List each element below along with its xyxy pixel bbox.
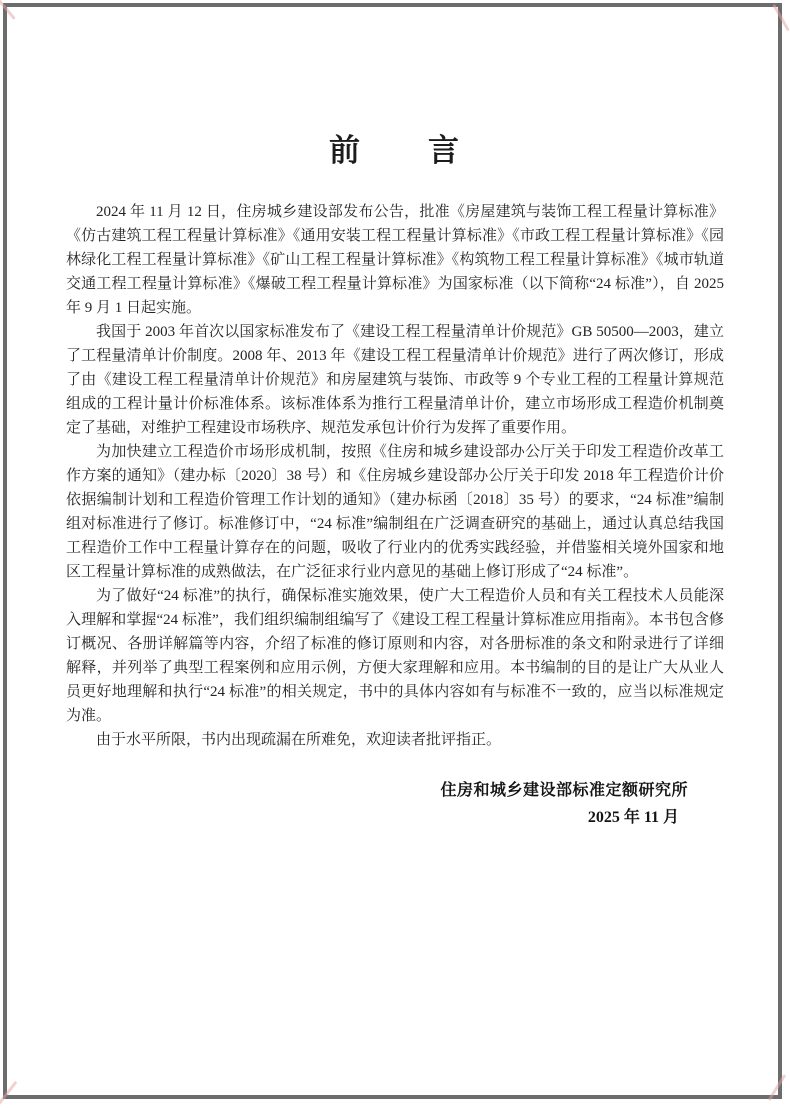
page-title: 前 言 [0, 134, 790, 168]
scanned-book-page: 前 言 2024 年 11 月 12 日，住房城乡建设部发布公告，批准《房屋建筑… [0, 0, 790, 1108]
signature-date: 2025 年 11 月 [588, 806, 679, 830]
preface-paragraph-2: 我国于 2003 年首次以国家标准发布了《建设工程工程量清单计价规范》GB 50… [66, 320, 724, 440]
preface-body: 2024 年 11 月 12 日，住房城乡建设部发布公告，批准《房屋建筑与装饰工… [66, 200, 724, 752]
signature-organization: 住房和城乡建设部标准定额研究所 [440, 779, 688, 803]
preface-paragraph-3: 为加快建立工程造价市场形成机制，按照《住房和城乡建设部办公厅关于印发工程造价改革… [66, 440, 724, 584]
preface-paragraph-1: 2024 年 11 月 12 日，住房城乡建设部发布公告，批准《房屋建筑与装饰工… [66, 200, 724, 320]
preface-paragraph-5: 由于水平所限，书内出现疏漏在所难免，欢迎读者批评指正。 [66, 728, 724, 752]
preface-paragraph-4: 为了做好“24 标准”的执行，确保标准实施效果，使广大工程造价人员和有关工程技术… [66, 584, 724, 728]
